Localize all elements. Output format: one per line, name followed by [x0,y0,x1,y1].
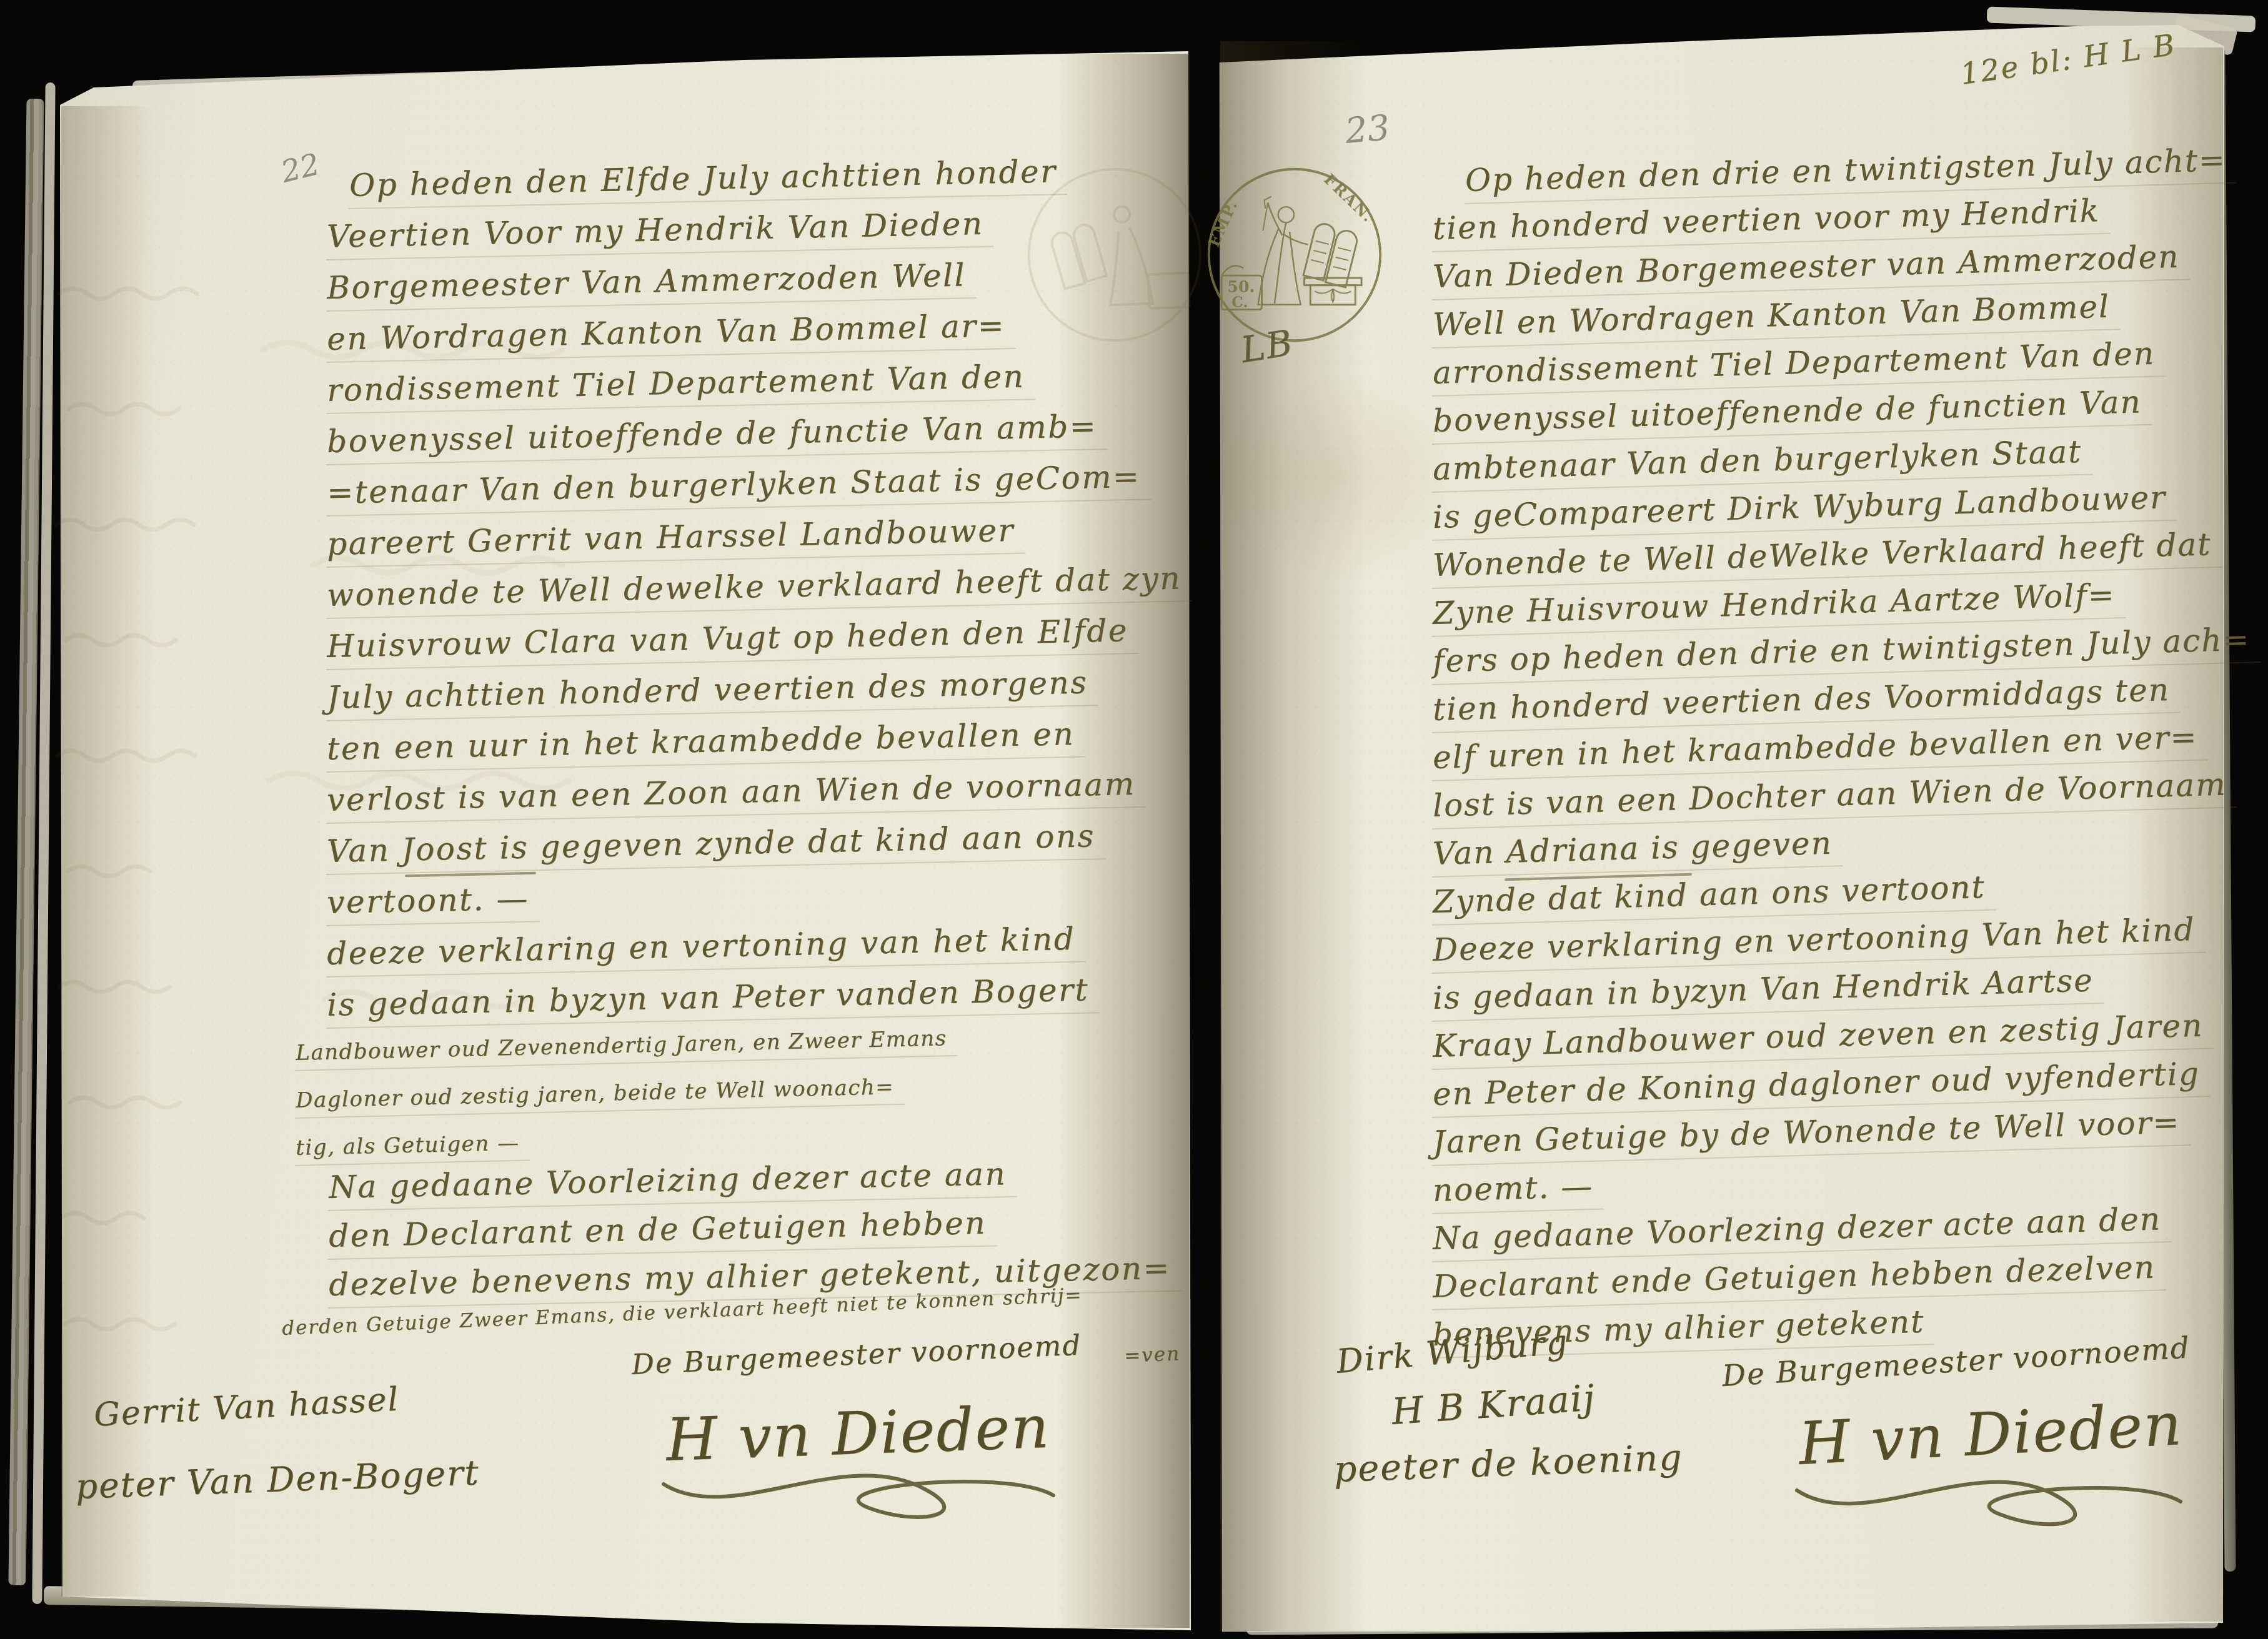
left-witness-line: tig, als Getuigen — [294,1130,530,1166]
pencil-folio-right: 23 [1343,107,1391,152]
officer-signature-left: H vn Dieden [665,1394,1051,1475]
left-act-line: vertoont. — [326,880,540,926]
left-illiterate-line: =ven [1123,1342,1180,1367]
registrar-paraph: LB [1238,322,1296,371]
right-act-line: noemt. — [1431,1168,1604,1214]
stamp-arc-left-label: EMP. [1205,197,1241,250]
book-photograph: EMP. FRAN. 50. C. 22 23 12e bl: H L B LB… [0,0,2268,1639]
stamp-value-bottom-label: C. [1231,294,1248,311]
stamp-arc-right-label: FRAN. [1320,171,1378,227]
revenue-stamp-icon: EMP. FRAN. 50. C. [1203,164,1386,346]
